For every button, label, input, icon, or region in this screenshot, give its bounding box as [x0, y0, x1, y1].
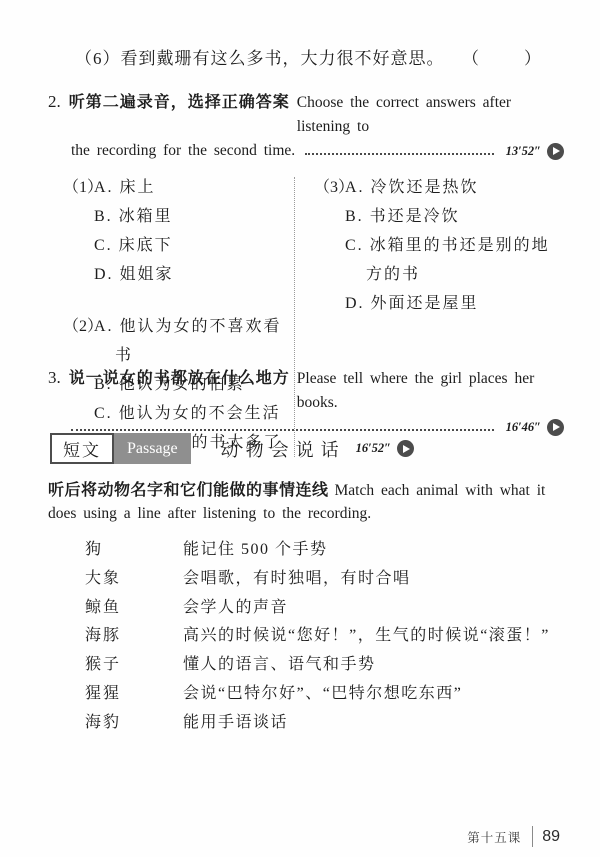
- list-item: 大象 会唱歌，有时独唱，有时合唱: [85, 565, 580, 594]
- play-triangle: [553, 423, 560, 431]
- passage-header: 短文 Passage 动物会说话 16′52″: [50, 433, 564, 464]
- question-3-number: （3）: [314, 173, 354, 202]
- list-item: 猩猩 会说“巴特尔好”、“巴特尔想吃东西”: [85, 680, 580, 709]
- animal-name: 猩猩: [85, 680, 183, 709]
- list-item: 狗 能记住 500 个手势: [85, 536, 580, 565]
- audio-timestamp-task-2: 13′52″: [506, 139, 541, 163]
- question-1-number: （1）: [63, 173, 103, 202]
- task-2-title-en-2: the recording for the second time.: [71, 139, 295, 163]
- play-icon-task-2[interactable]: [547, 143, 564, 160]
- animal-action: 会唱歌，有时独唱，有时合唱: [183, 565, 411, 594]
- page-footer: 第十五课 89: [467, 826, 560, 847]
- option: B. 冰箱里: [94, 202, 294, 231]
- textbook-page: （6）看到戴珊有这么多书，大力很不好意思。（ ） 2. 听第二遍录音，选择正确答…: [0, 0, 600, 857]
- passage-instruction-zh: 听后将动物名字和它们能做的事情连线: [48, 482, 329, 499]
- matching-list: 狗 能记住 500 个手势 大象 会唱歌，有时独唱，有时合唱 鲸鱼 会学人的声音…: [85, 536, 580, 738]
- task-2-title-line-2: the recording for the second time. 13′52…: [71, 139, 564, 163]
- option: B. 书还是冷饮: [345, 202, 564, 231]
- question-6-row: （6）看到戴珊有这么多书，大力很不好意思。（ ）: [75, 44, 555, 69]
- list-item: 海豚 高兴的时候说“您好！”，生气的时候说“滚蛋！”: [85, 622, 580, 651]
- animal-action: 能记住 500 个手势: [183, 536, 328, 565]
- option: C. 床底下: [94, 231, 294, 260]
- task-3: 3. 说一说女的书都放在什么地方 Please tell where the g…: [48, 366, 564, 439]
- animal-action: 能用手语谈话: [183, 709, 288, 738]
- animal-name: 大象: [85, 565, 183, 594]
- footer-divider: [532, 826, 533, 847]
- dotted-leader: [305, 141, 493, 155]
- task-2-title-en-1: Choose the correct answers after listeni…: [297, 91, 564, 139]
- answer-blank: （ ）: [471, 49, 556, 68]
- animal-action: 懂人的语言、语气和手势: [183, 651, 376, 680]
- animal-name: 猴子: [85, 651, 183, 680]
- list-item: 鲸鱼 会学人的声音: [85, 594, 580, 623]
- task-3-number: 3.: [48, 366, 61, 390]
- option: D. 外面还是屋里: [345, 289, 564, 318]
- question-6-number: （6）: [75, 49, 121, 68]
- option: A. 床上: [94, 173, 294, 202]
- footer-lesson-title: 第十五课: [467, 828, 521, 846]
- footer-page-number: 89: [542, 828, 560, 846]
- question-2-number: （2）: [63, 312, 103, 341]
- option: C. 冰箱里的书还是别的地方的书: [345, 231, 564, 289]
- animal-action: 高兴的时候说“您好！”，生气的时候说“滚蛋！”: [183, 622, 550, 651]
- animal-action: 会学人的声音: [183, 594, 288, 623]
- play-triangle: [403, 445, 410, 453]
- play-icon-passage[interactable]: [397, 440, 414, 457]
- task-2-title-zh: 听第二遍录音，选择正确答案: [69, 91, 290, 115]
- list-item: 猴子 懂人的语言、语气和手势: [85, 651, 580, 680]
- question-6-text: 看到戴珊有这么多书，大力很不好意思。: [121, 49, 445, 68]
- animal-name: 海豚: [85, 622, 183, 651]
- list-item: 海豹 能用手语谈话: [85, 709, 580, 738]
- option: D. 姐姐家: [94, 260, 294, 289]
- question-1: （1） A. 床上 B. 冰箱里 C. 床底下 D. 姐姐家: [63, 173, 294, 289]
- task-3-title-line: 3. 说一说女的书都放在什么地方 Please tell where the g…: [48, 366, 564, 415]
- task-2-title-line: 2. 听第二遍录音，选择正确答案 Choose the correct answ…: [48, 90, 564, 139]
- option: A. 他认为女的不喜欢看书: [94, 312, 294, 370]
- play-triangle: [553, 147, 560, 155]
- task-3-title-en: Please tell where the girl places her bo…: [297, 367, 564, 415]
- passage-tab-en: Passage: [114, 433, 191, 464]
- option: A. 冷饮还是热饮: [345, 173, 564, 202]
- passage-title: 动物会说话: [221, 433, 346, 464]
- animal-name: 海豹: [85, 709, 183, 738]
- question-3: （3） A. 冷饮还是热饮 B. 书还是冷饮 C. 冰箱里的书还是别的地方的书 …: [314, 173, 564, 318]
- audio-timestamp-passage: 16′52″: [356, 441, 391, 456]
- passage-instruction: 听后将动物名字和它们能做的事情连线Match each animal with …: [48, 479, 564, 525]
- task-3-title-zh: 说一说女的书都放在什么地方: [69, 367, 290, 391]
- dotted-leader: [71, 417, 494, 431]
- animal-name: 鲸鱼: [85, 594, 183, 623]
- passage-tab-zh: 短文: [50, 433, 114, 464]
- animal-action: 会说“巴特尔好”、“巴特尔想吃东西”: [183, 680, 462, 709]
- task-2-number: 2.: [48, 90, 61, 114]
- animal-name: 狗: [85, 536, 183, 565]
